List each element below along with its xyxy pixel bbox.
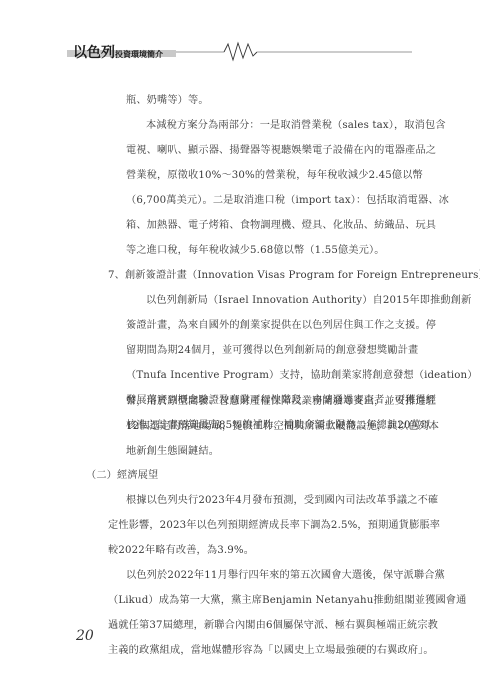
text-line: 過就任第37屆總理，新聯合內閣由6個屬保守派、極右翼與極端正統宗教: [108, 616, 438, 631]
text-line: （Tnufa Incentive Program）支持，協助創業家將創意發想（i…: [126, 366, 478, 381]
text-line: 定性影響，2023年以色列預期經濟成長率下調為2.5%，預期通貨膨脹率: [108, 516, 440, 531]
text-line: 地新創生態圈鏈結。: [126, 442, 219, 457]
header-title-main: 以色列: [73, 45, 115, 61]
text-line: 等之進口稅，每年稅收減少5.68億以幣（1.55億美元）。: [126, 241, 385, 256]
header-title-sub: 投資環境簡介: [115, 50, 163, 59]
text-line: （6,700萬美元）。二是取消進口稅（import tax）：包括取消電器、冰: [126, 191, 449, 206]
list-item-heading: 7、創新簽證計畫（Innovation Visas Program for Fo…: [108, 266, 480, 281]
header-title: 以色列投資環境簡介: [73, 42, 163, 62]
text-line: （Likud）成為第一大黨，黨主席Benjamin Netanyahu推動組閣並…: [108, 591, 466, 606]
text-line: 較2022年略有改善，為3.9%。: [108, 541, 254, 556]
section-heading: （二）經濟展望: [86, 466, 158, 481]
text-line: 瓶、奶嘴等）等。: [126, 91, 209, 106]
text-line: 箱、加熱器、電子烤箱、食物調理機、燈具、化妝品、紡織品、玩具: [126, 216, 436, 231]
running-header: 以色列投資環境簡介: [67, 40, 412, 62]
text-line: 根據以色列央行2023年4月發布預測，受到國內司法改革爭議之不確: [126, 491, 438, 506]
text-line: 幣，用於原型開發、智慧財產權保障及業務開發等支出，並安排進駐: [126, 392, 436, 407]
text-line: 主義的政黨組成，當地媒體形容為「以國史上立場最強硬的右翼政府」。: [108, 641, 434, 656]
text-line: 以色列創新局（Israel Innovation Authority）自2015…: [146, 291, 471, 306]
text-line: 12個選定的落地場域，提供工作空間與所需軟硬體設施，與以色列本: [126, 417, 439, 432]
text-line: 以色列於2022年11月舉行四年來的第五次國會大選後，保守派聯合黨: [126, 566, 445, 581]
text-line: 本減稅方案分為兩部分：一是取消營業稅（sales tax），取消包含: [146, 116, 446, 131]
text-line: 營業稅，原徵收10%～30%的營業稅，每年稅收減少2.45億以幣: [126, 166, 423, 181]
page-number: 20: [76, 628, 94, 644]
text-line: 留期間為期24個月，並可獲得以色列創新局的創意發想獎勵計畫: [126, 341, 418, 356]
text-line: 簽證計畫，為來自國外的創業家提供在以色列居住與工作之支援。停: [126, 316, 436, 331]
text-line: 電視、喇叭、顯示器、揚聲器等視聽娛樂電子設備在內的電器產品之: [126, 141, 436, 156]
